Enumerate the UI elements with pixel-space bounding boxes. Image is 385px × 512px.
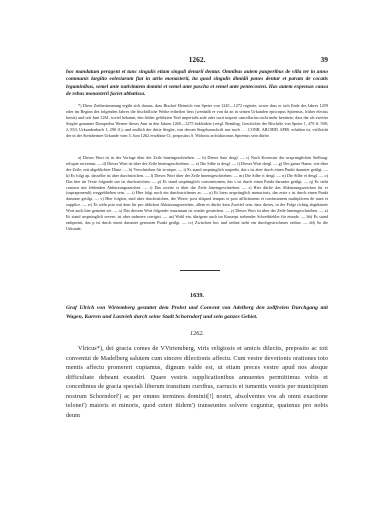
- page-header: 1262. 39: [66, 55, 328, 65]
- footnotes-lettered: a) Dieses Wort ist in der Vorlage über d…: [66, 155, 328, 232]
- document-number: 1639.: [66, 292, 328, 299]
- document-date: 1262.: [66, 330, 328, 337]
- continued-charter-text: hoc mandatum peragent et tunc singulis e…: [66, 69, 328, 99]
- document-page: 1262. 39 hoc mandatum peragent et tunc s…: [0, 0, 385, 512]
- running-head-year: 1262.: [66, 55, 328, 64]
- charter-text: Vlricus*), dei gracia comes de VVirtembe…: [66, 345, 328, 421]
- section-divider: [180, 270, 220, 271]
- footnote-star: *) Diese Zeitbestimmung ergibt sich dara…: [66, 103, 328, 138]
- page-number: 39: [321, 55, 329, 64]
- document-regest: Graf Ulrich von Wirtemberg gestattet dem…: [66, 304, 328, 321]
